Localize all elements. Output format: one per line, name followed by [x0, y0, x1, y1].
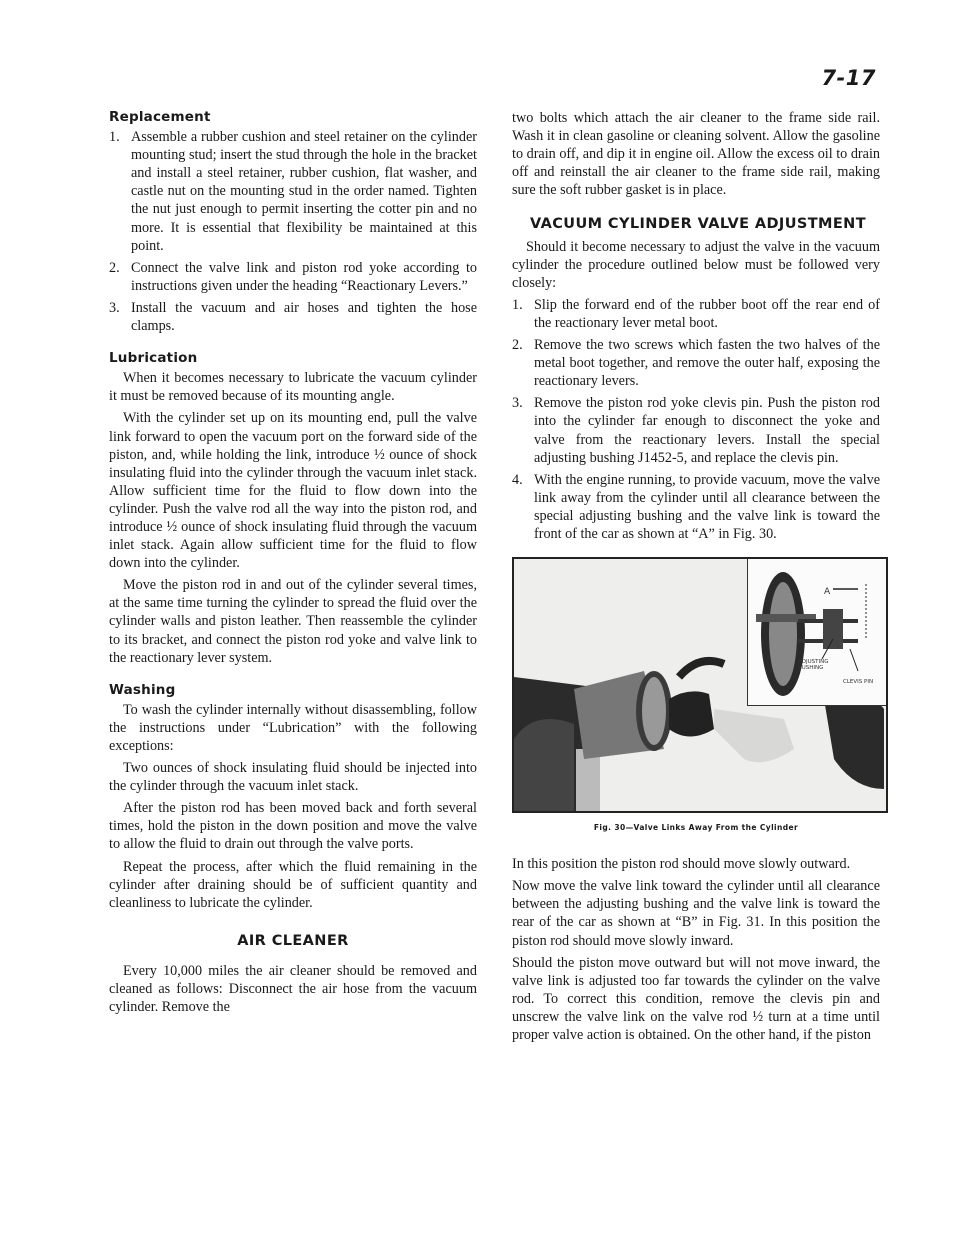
paragraph: Should it become necessary to adjust the…	[512, 238, 880, 292]
paragraph: After the piston rod has been moved back…	[109, 799, 477, 853]
lubrication-heading: Lubrication	[109, 349, 477, 367]
list-item: 1.Assemble a rubber cushion and steel re…	[109, 128, 477, 255]
paragraph: Every 10,000 miles the air cleaner shoul…	[109, 962, 477, 1016]
list-item: 2.Connect the valve link and piston rod …	[109, 259, 477, 295]
replacement-steps: 1.Assemble a rubber cushion and steel re…	[109, 128, 477, 335]
list-item: 1.Slip the forward end of the rubber boo…	[512, 296, 880, 332]
replacement-heading: Replacement	[109, 108, 477, 126]
air-cleaner-heading: AIR CLEANER	[109, 932, 477, 950]
paragraph: two bolts which attach the air cleaner t…	[512, 109, 880, 199]
list-item: 3.Remove the piston rod yoke clevis pin.…	[512, 394, 880, 466]
paragraph: With the cylinder set up on its mounting…	[109, 409, 477, 572]
right-column: two bolts which attach the air cleaner t…	[512, 109, 880, 1048]
figure-30-photo: A ADJUSTING BUSHING CLEVIS PIN	[512, 557, 888, 813]
page-number: 7-17	[821, 66, 876, 90]
paragraph: Should the piston move outward but will …	[512, 954, 880, 1044]
list-item: 4.With the engine running, to provide va…	[512, 471, 880, 543]
washing-heading: Washing	[109, 681, 477, 699]
paragraph: In this position the piston rod should m…	[512, 855, 880, 873]
left-column: Replacement 1.Assemble a rubber cushion …	[109, 108, 477, 1020]
paragraph: Now move the valve link toward the cylin…	[512, 877, 880, 949]
label-adjusting-bushing: ADJUSTING BUSHING	[798, 659, 838, 671]
list-item: 2.Remove the two screws which fasten the…	[512, 336, 880, 390]
paragraph: Two ounces of shock insulating fluid sho…	[109, 759, 477, 795]
figure-caption: Fig. 30—Valve Links Away From the Cylind…	[512, 819, 880, 837]
paragraph: To wash the cylinder internally without …	[109, 701, 477, 755]
valve-adjustment-heading: VACUUM CYLINDER VALVE ADJUSTMENT	[530, 215, 880, 233]
paragraph: Repeat the process, after which the flui…	[109, 858, 477, 912]
figure-inset-diagram: A ADJUSTING BUSHING CLEVIS PIN	[747, 559, 886, 706]
adjustment-steps: 1.Slip the forward end of the rubber boo…	[512, 296, 880, 543]
paragraph: Move the piston rod in and out of the cy…	[109, 576, 477, 666]
list-item: 3.Install the vacuum and air hoses and t…	[109, 299, 477, 335]
label-clevis-pin: CLEVIS PIN	[843, 673, 873, 691]
paragraph: When it becomes necessary to lubricate t…	[109, 369, 477, 405]
label-a: A	[824, 583, 830, 601]
